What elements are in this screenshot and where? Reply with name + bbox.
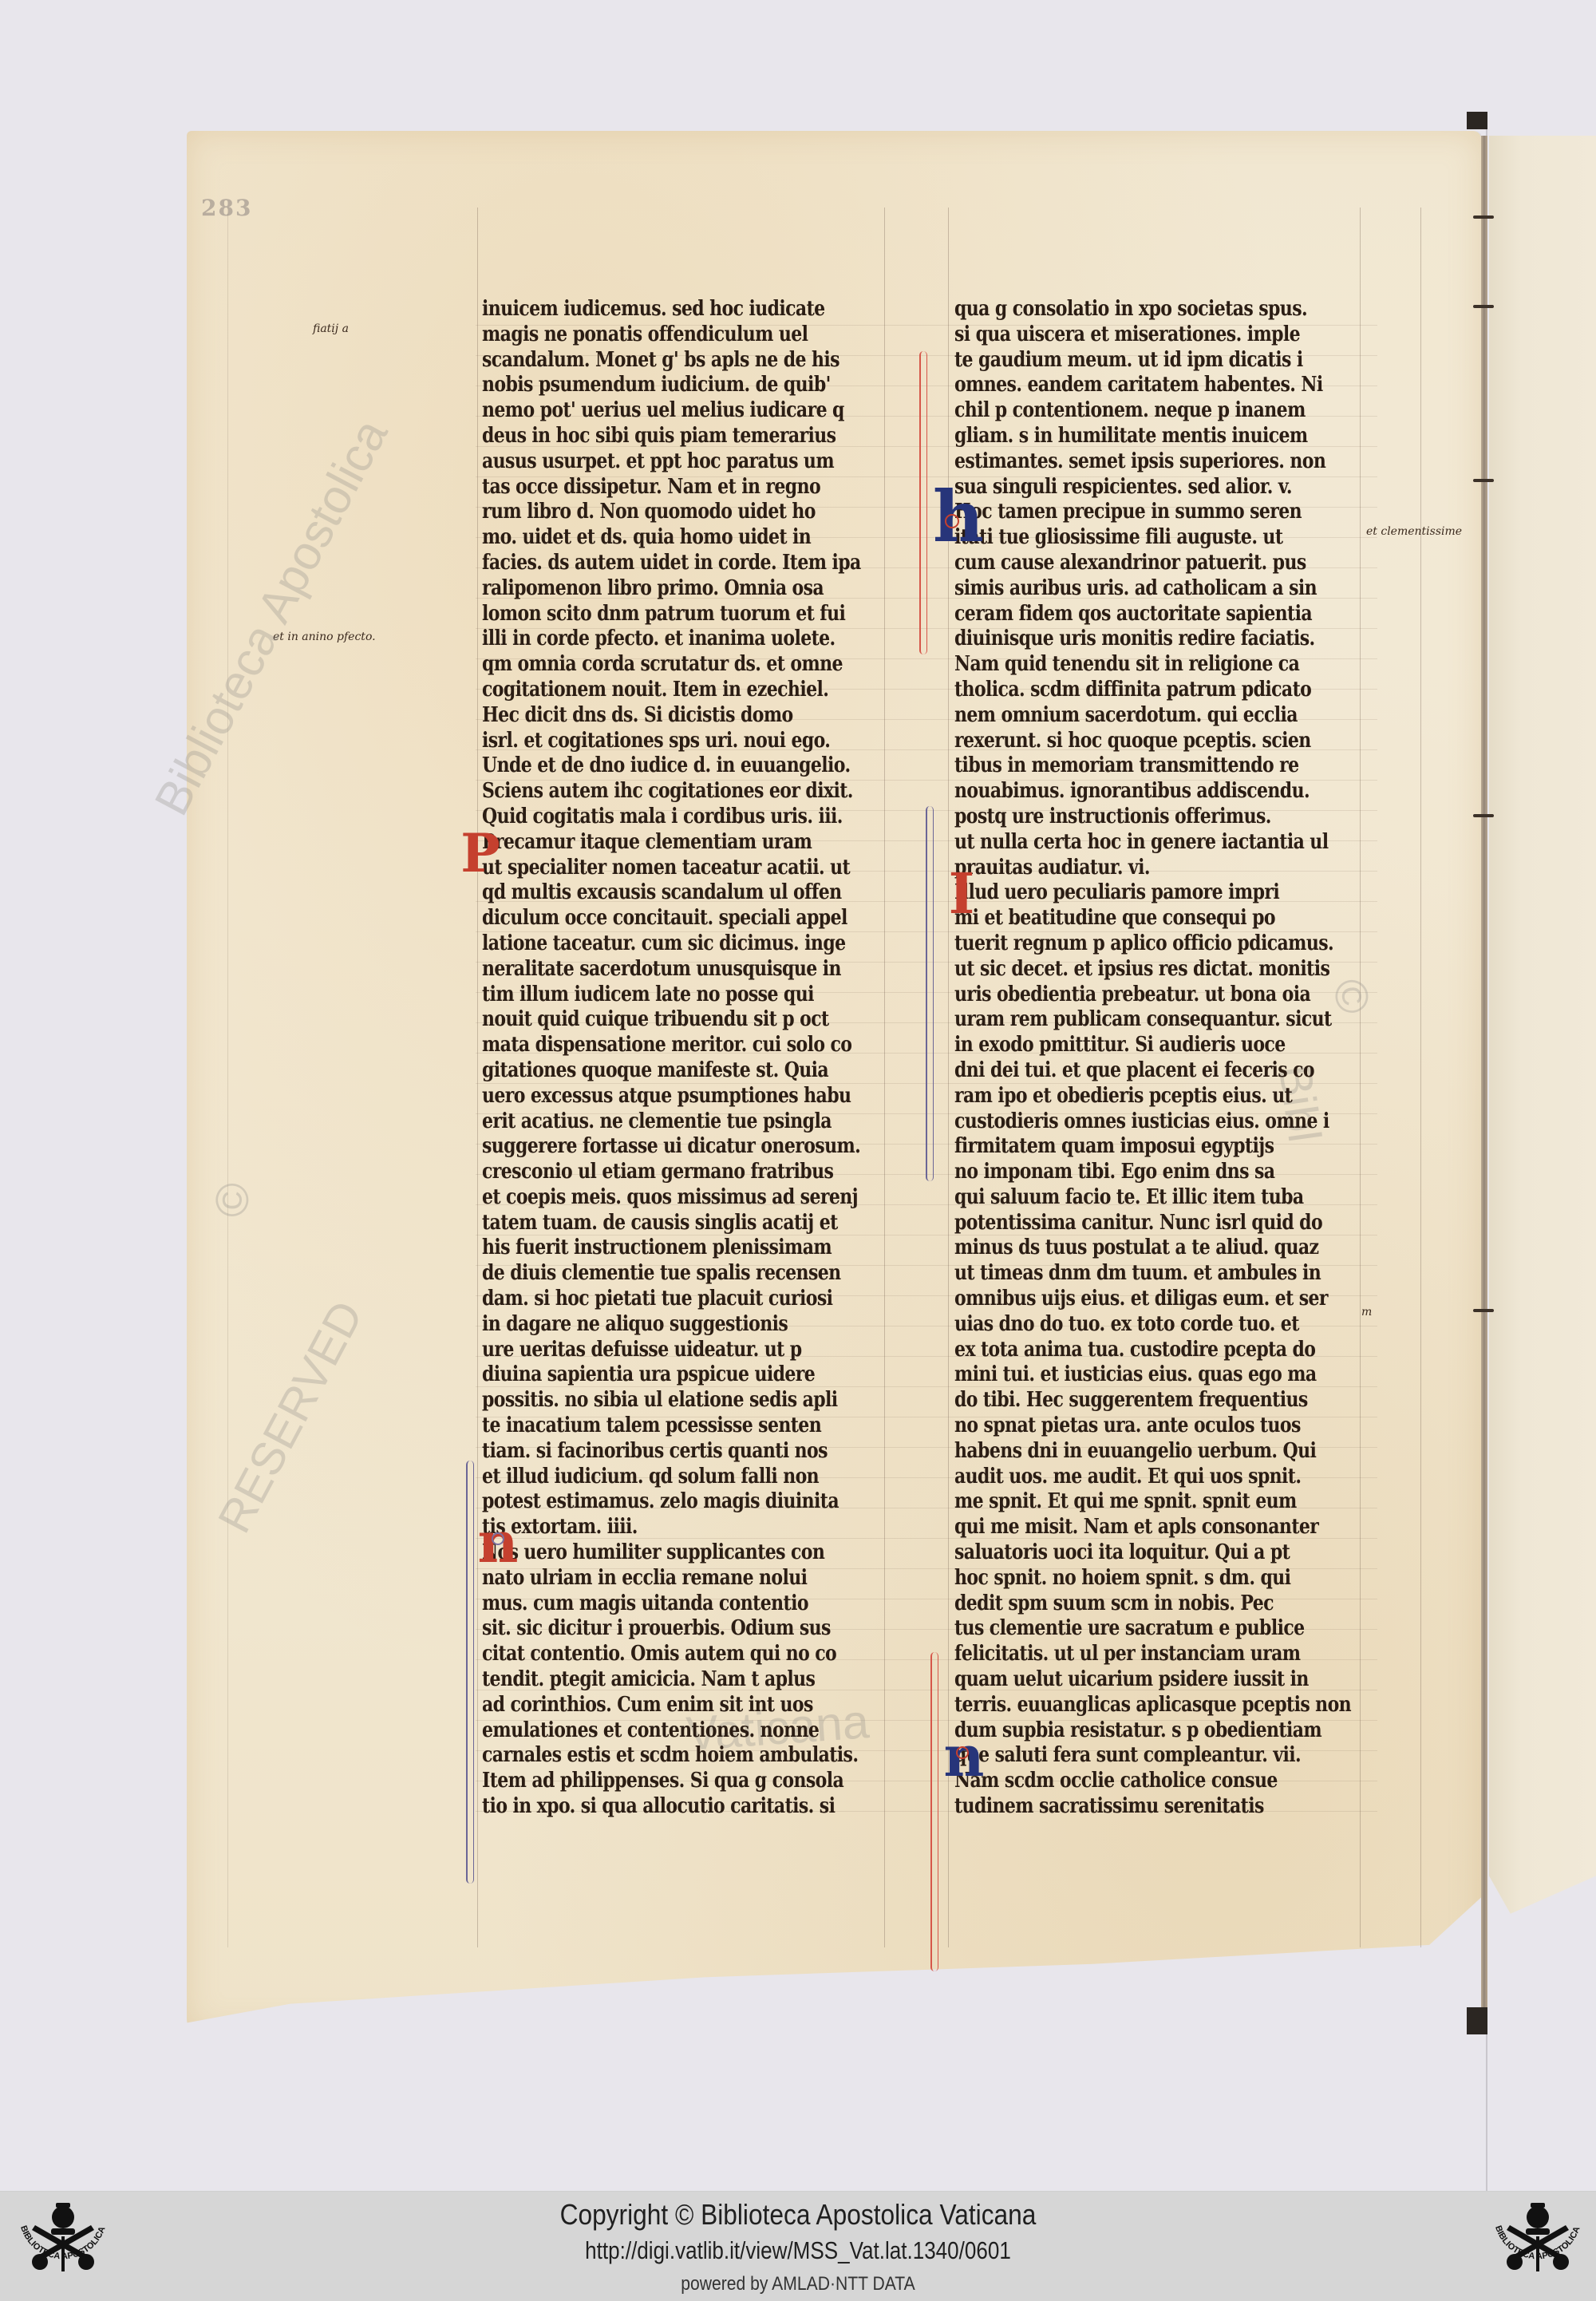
binding-tab-top [1467,112,1487,129]
vatican-library-seal-icon: BIBLIOTECA APOSTOLICA VATICANA [1486,2196,1590,2295]
margin-note: et clementissime [1366,525,1462,538]
binding-tab-bottom [1467,2007,1487,2034]
initial-p: P [461,827,500,880]
initial-n-blue: n [938,1732,990,1780]
margin-note: fiatij a [313,322,349,335]
binding-stitch [1473,215,1494,219]
binding-stitch [1473,305,1494,308]
binding-stitch [1473,479,1494,482]
text-column-right: qua g consolatio in xpo societas spus.si… [954,297,1353,1820]
ruling-vertical [948,208,949,1947]
ruling-vertical [884,208,885,1947]
text-column-left: inuicem iudicemus. sed hoc iudicatemagis… [482,297,881,1820]
binding-stitch [1473,814,1494,817]
initial-i: I [942,867,982,919]
permalink-url[interactable]: http://digi.vatlib.it/view/MSS_Vat.lat.1… [128,2236,1468,2265]
manuscript-line: tio in xpo. si qua allocutio caritatis. … [482,1792,881,1822]
margin-note: m [1361,1306,1372,1319]
powered-by: powered by AMLAD·NTT DATA [96,2273,1500,2295]
vatican-library-seal-icon: BIBLIOTECA APOSTOLICA VATICANA [11,2196,115,2295]
binding-stitch [1473,1309,1494,1312]
copyright-notice: Copyright © Biblioteca Apostolica Vatica… [96,2198,1500,2232]
ruling-vertical [227,208,228,1947]
pen-flourish [919,351,927,654]
pen-flourish [926,806,934,1181]
ruling-vertical [1360,208,1361,1947]
margin-note: et in anino pfecto. [273,631,376,643]
folio-mark: 283 [201,195,252,221]
initial-n: n [472,1516,523,1568]
ruling-vertical [1420,208,1421,1947]
viewer-footer: Copyright © Biblioteca Apostolica Vatica… [0,2191,1596,2301]
spine-edge [1481,136,1487,2019]
ruling-vertical [477,208,478,1947]
initial-h: h [932,482,985,551]
pen-flourish [930,1652,938,1971]
facing-leaf [1489,136,1596,2027]
manuscript-line: tudinem sacratissimu serenitatis [954,1792,1353,1822]
